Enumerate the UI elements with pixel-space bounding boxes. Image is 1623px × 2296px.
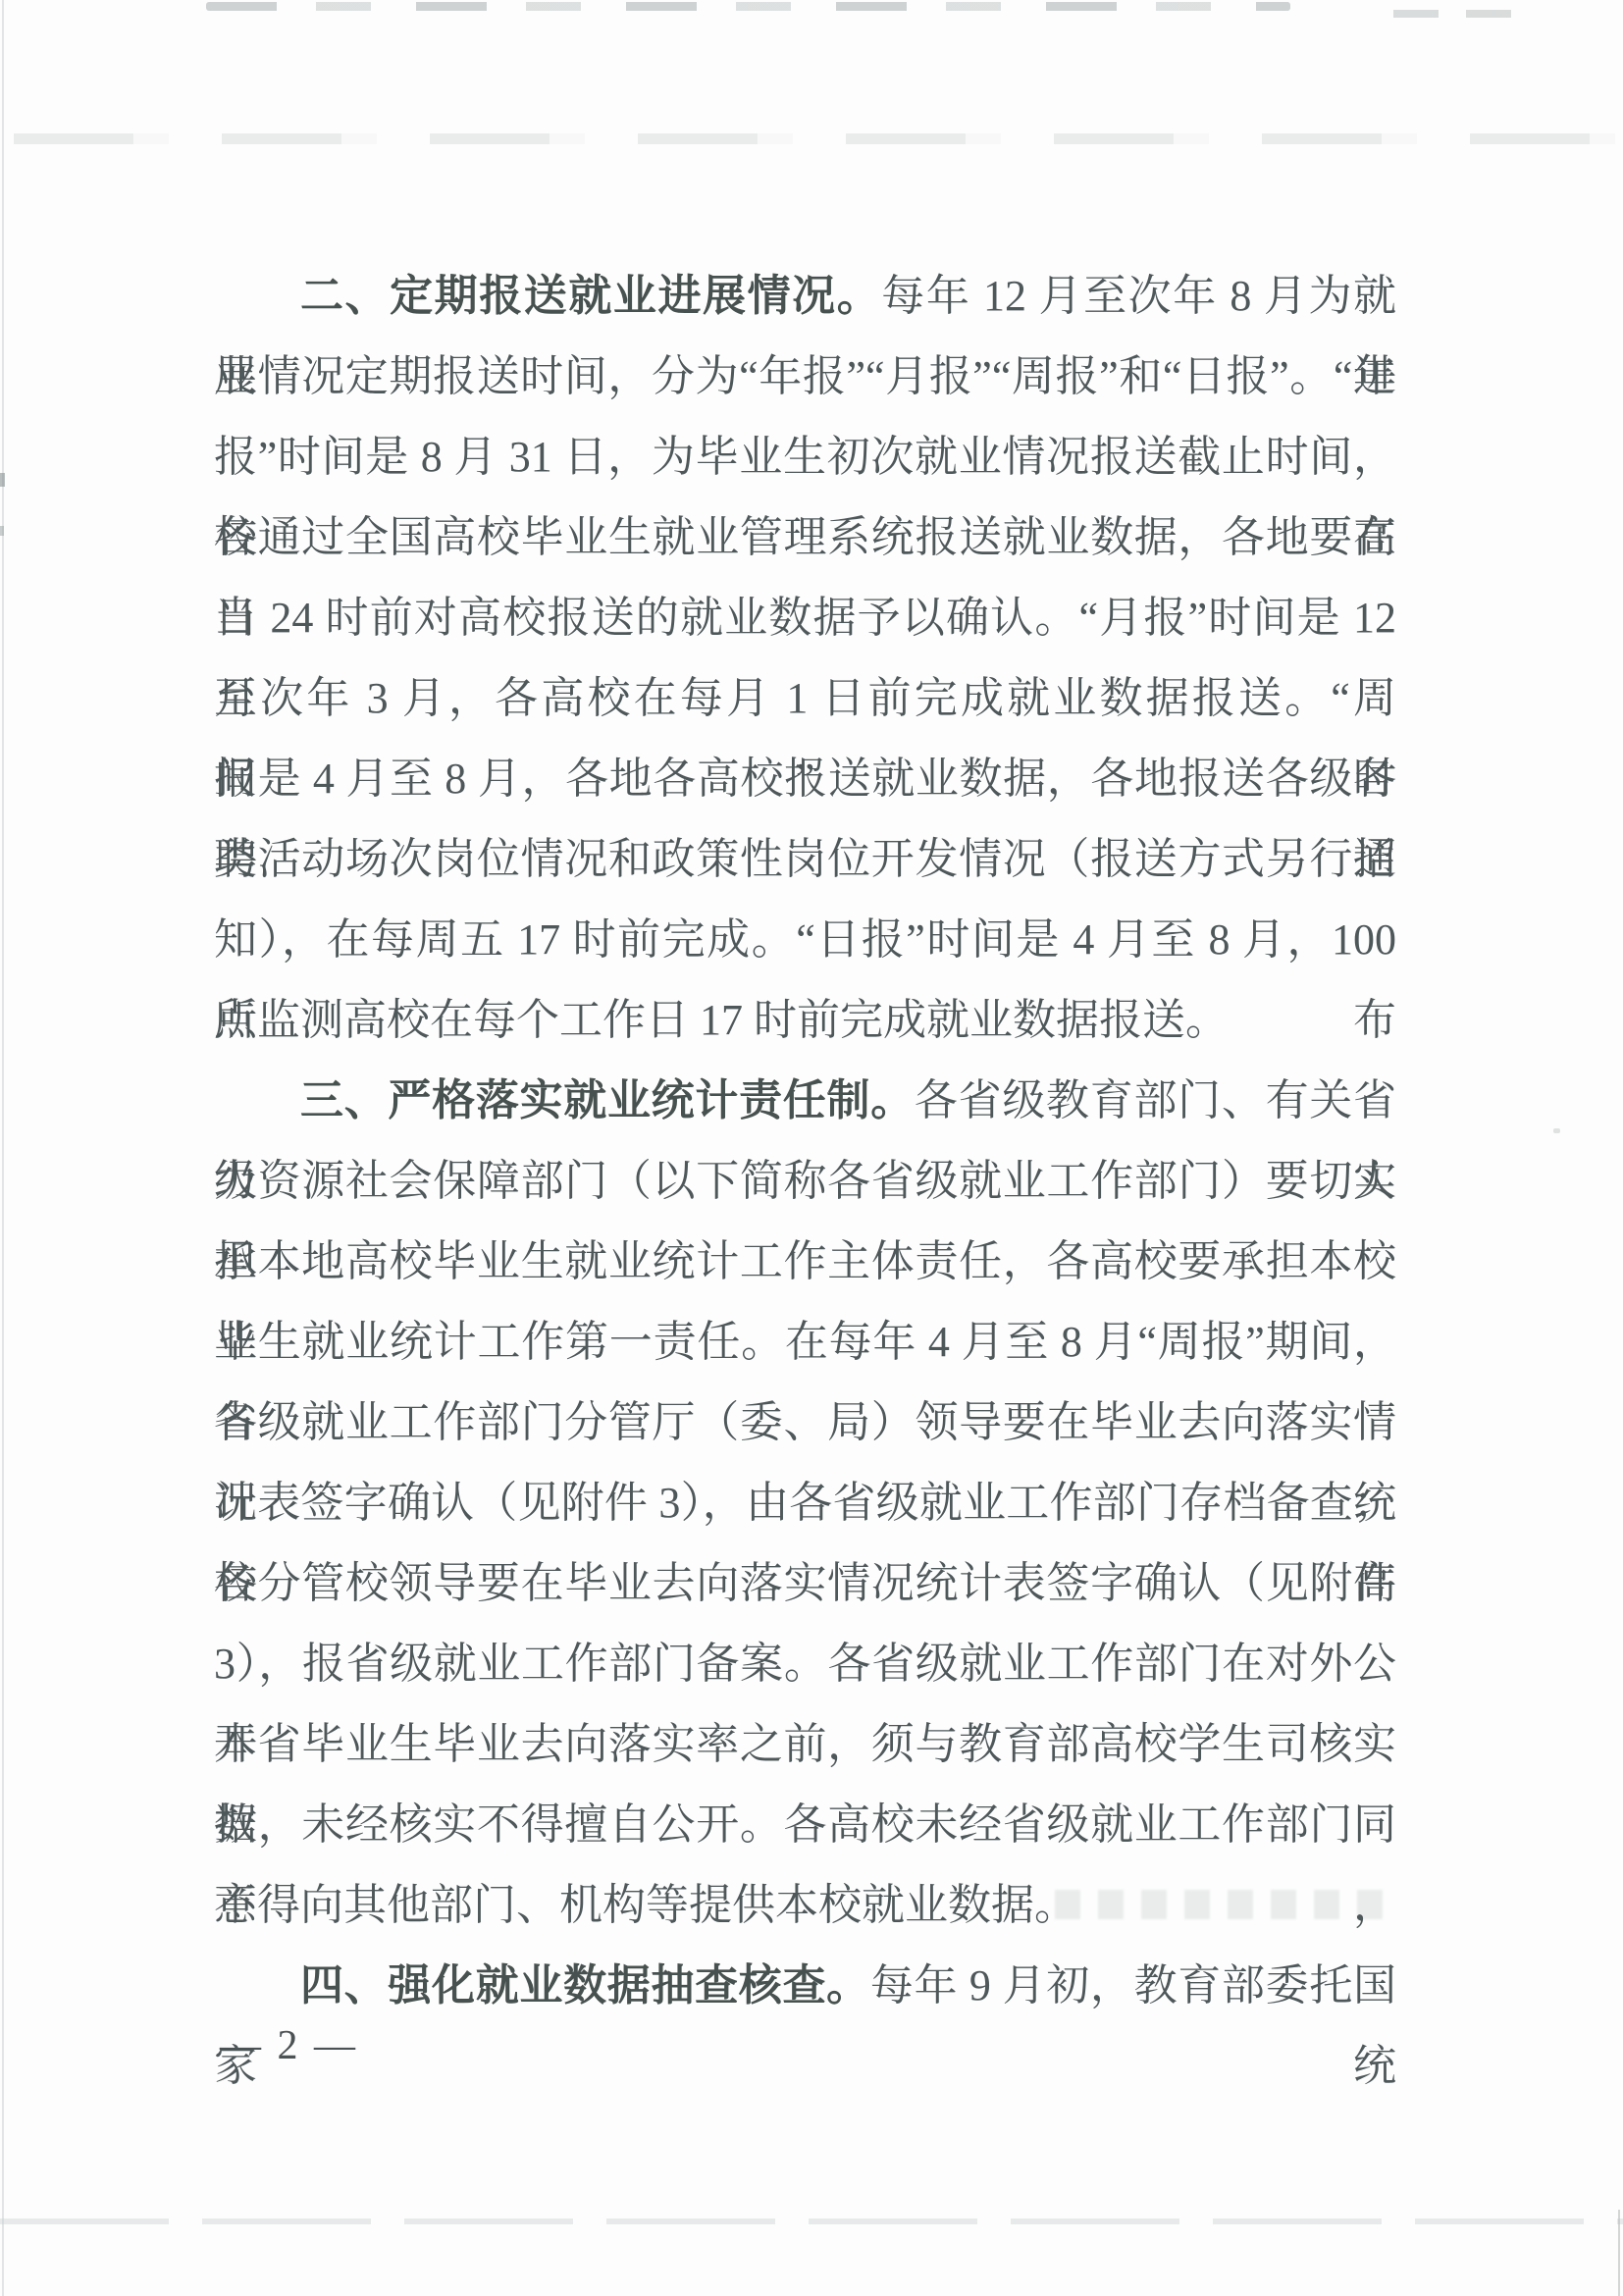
text-line: 业生就业统计工作第一责任。在每年 4 月至 8 月“周报”期间，各 [214,1302,1396,1383]
scan-artifact-gray-band [14,133,1615,144]
text-line: 展情况定期报送时间，分为“年报”“月报”“周报”和“日报”。“年 [214,337,1396,417]
page-number: — 2 — [220,2023,358,2068]
paragraph-heading: 三、严格落实就业统计责任制。 [300,1076,915,1124]
text-line: 校通过全国高校毕业生就业管理系统报送就业数据，各地要在当 [214,497,1396,578]
text-line: 四、强化就业数据抽查核查。每年 9 月初，教育部委托国家统 [214,1946,1396,2026]
text-line: 间是 4 月至 8 月，各地各高校报送就业数据，各地报送各级各类招 [214,739,1396,819]
document-page: 二、定期报送就业进展情况。每年 12 月至次年 8 月为就业进展情况定期报送时间… [0,0,1623,2296]
document-body: 二、定期报送就业进展情况。每年 12 月至次年 8 月为就业进展情况定期报送时间… [214,256,1396,2026]
scan-artifact-left-page-edge [2,0,4,2296]
text-line: 至次年 3 月，各高校在每月 1 日前完成就业数据报送。“周报”时 [214,658,1396,739]
scan-artifact-speck [1553,1128,1560,1133]
text-line: 据，未经核实不得擅自公开。各高校未经省级就业工作部门同意， [214,1785,1396,1865]
text-line: 日 24 时前对高校报送的就业数据予以确认。“月报”时间是 12 月 [214,578,1396,658]
text-line: 力资源社会保障部门（以下简称各省级就业工作部门）要切实承 [214,1141,1396,1222]
scan-artifact-top-dashes [206,2,1290,11]
text-line: 知），在每周五 17 时前完成。“日报”时间是 4 月至 8 月，100 所布 [214,900,1396,980]
text-line: 校分管校领导要在毕业去向落实情况统计表签字确认（见附件 [214,1543,1396,1624]
scan-artifact-top-dashes-right [1393,10,1531,18]
text-line: 二、定期报送就业进展情况。每年 12 月至次年 8 月为就业进 [214,256,1396,337]
text-line: 担本地高校毕业生就业统计工作主体责任，各高校要承担本校毕 [214,1222,1396,1302]
text-line: 三、严格落实就业统计责任制。各省级教育部门、有关省级人 [214,1061,1396,1141]
text-line: 计表签字确认（见附件 3），由各省级就业工作部门存档备查；各高 [214,1463,1396,1543]
text-line: 报”时间是 8 月 31 日，为毕业生初次就业情况报送截止时间，各高 [214,417,1396,497]
paragraph-heading: 二、定期报送就业进展情况。 [300,272,881,320]
text-line: 聘活动场次岗位情况和政策性岗位开发情况（报送方式另行通 [214,819,1396,900]
paragraph-heading: 四、强化就业数据抽查核查。 [300,1961,870,2009]
text-line: 本省毕业生毕业去向落实率之前，须与教育部高校学生司核实数 [214,1704,1396,1785]
scan-artifact-bottom-edge [0,2218,1623,2224]
scan-artifact-right-page-edge [1618,2210,1620,2296]
scan-artifact-left-tick [0,526,4,536]
scan-artifact-left-tick [0,473,5,487]
text-line: 3），报省级就业工作部门备案。各省级就业工作部门在对外公开 [214,1624,1396,1704]
text-line: 省级就业工作部门分管厅（委、局）领导要在毕业去向落实情况统 [214,1383,1396,1463]
text-line: 点监测高校在每个工作日 17 时前完成就业数据报送。 [214,980,1396,1061]
